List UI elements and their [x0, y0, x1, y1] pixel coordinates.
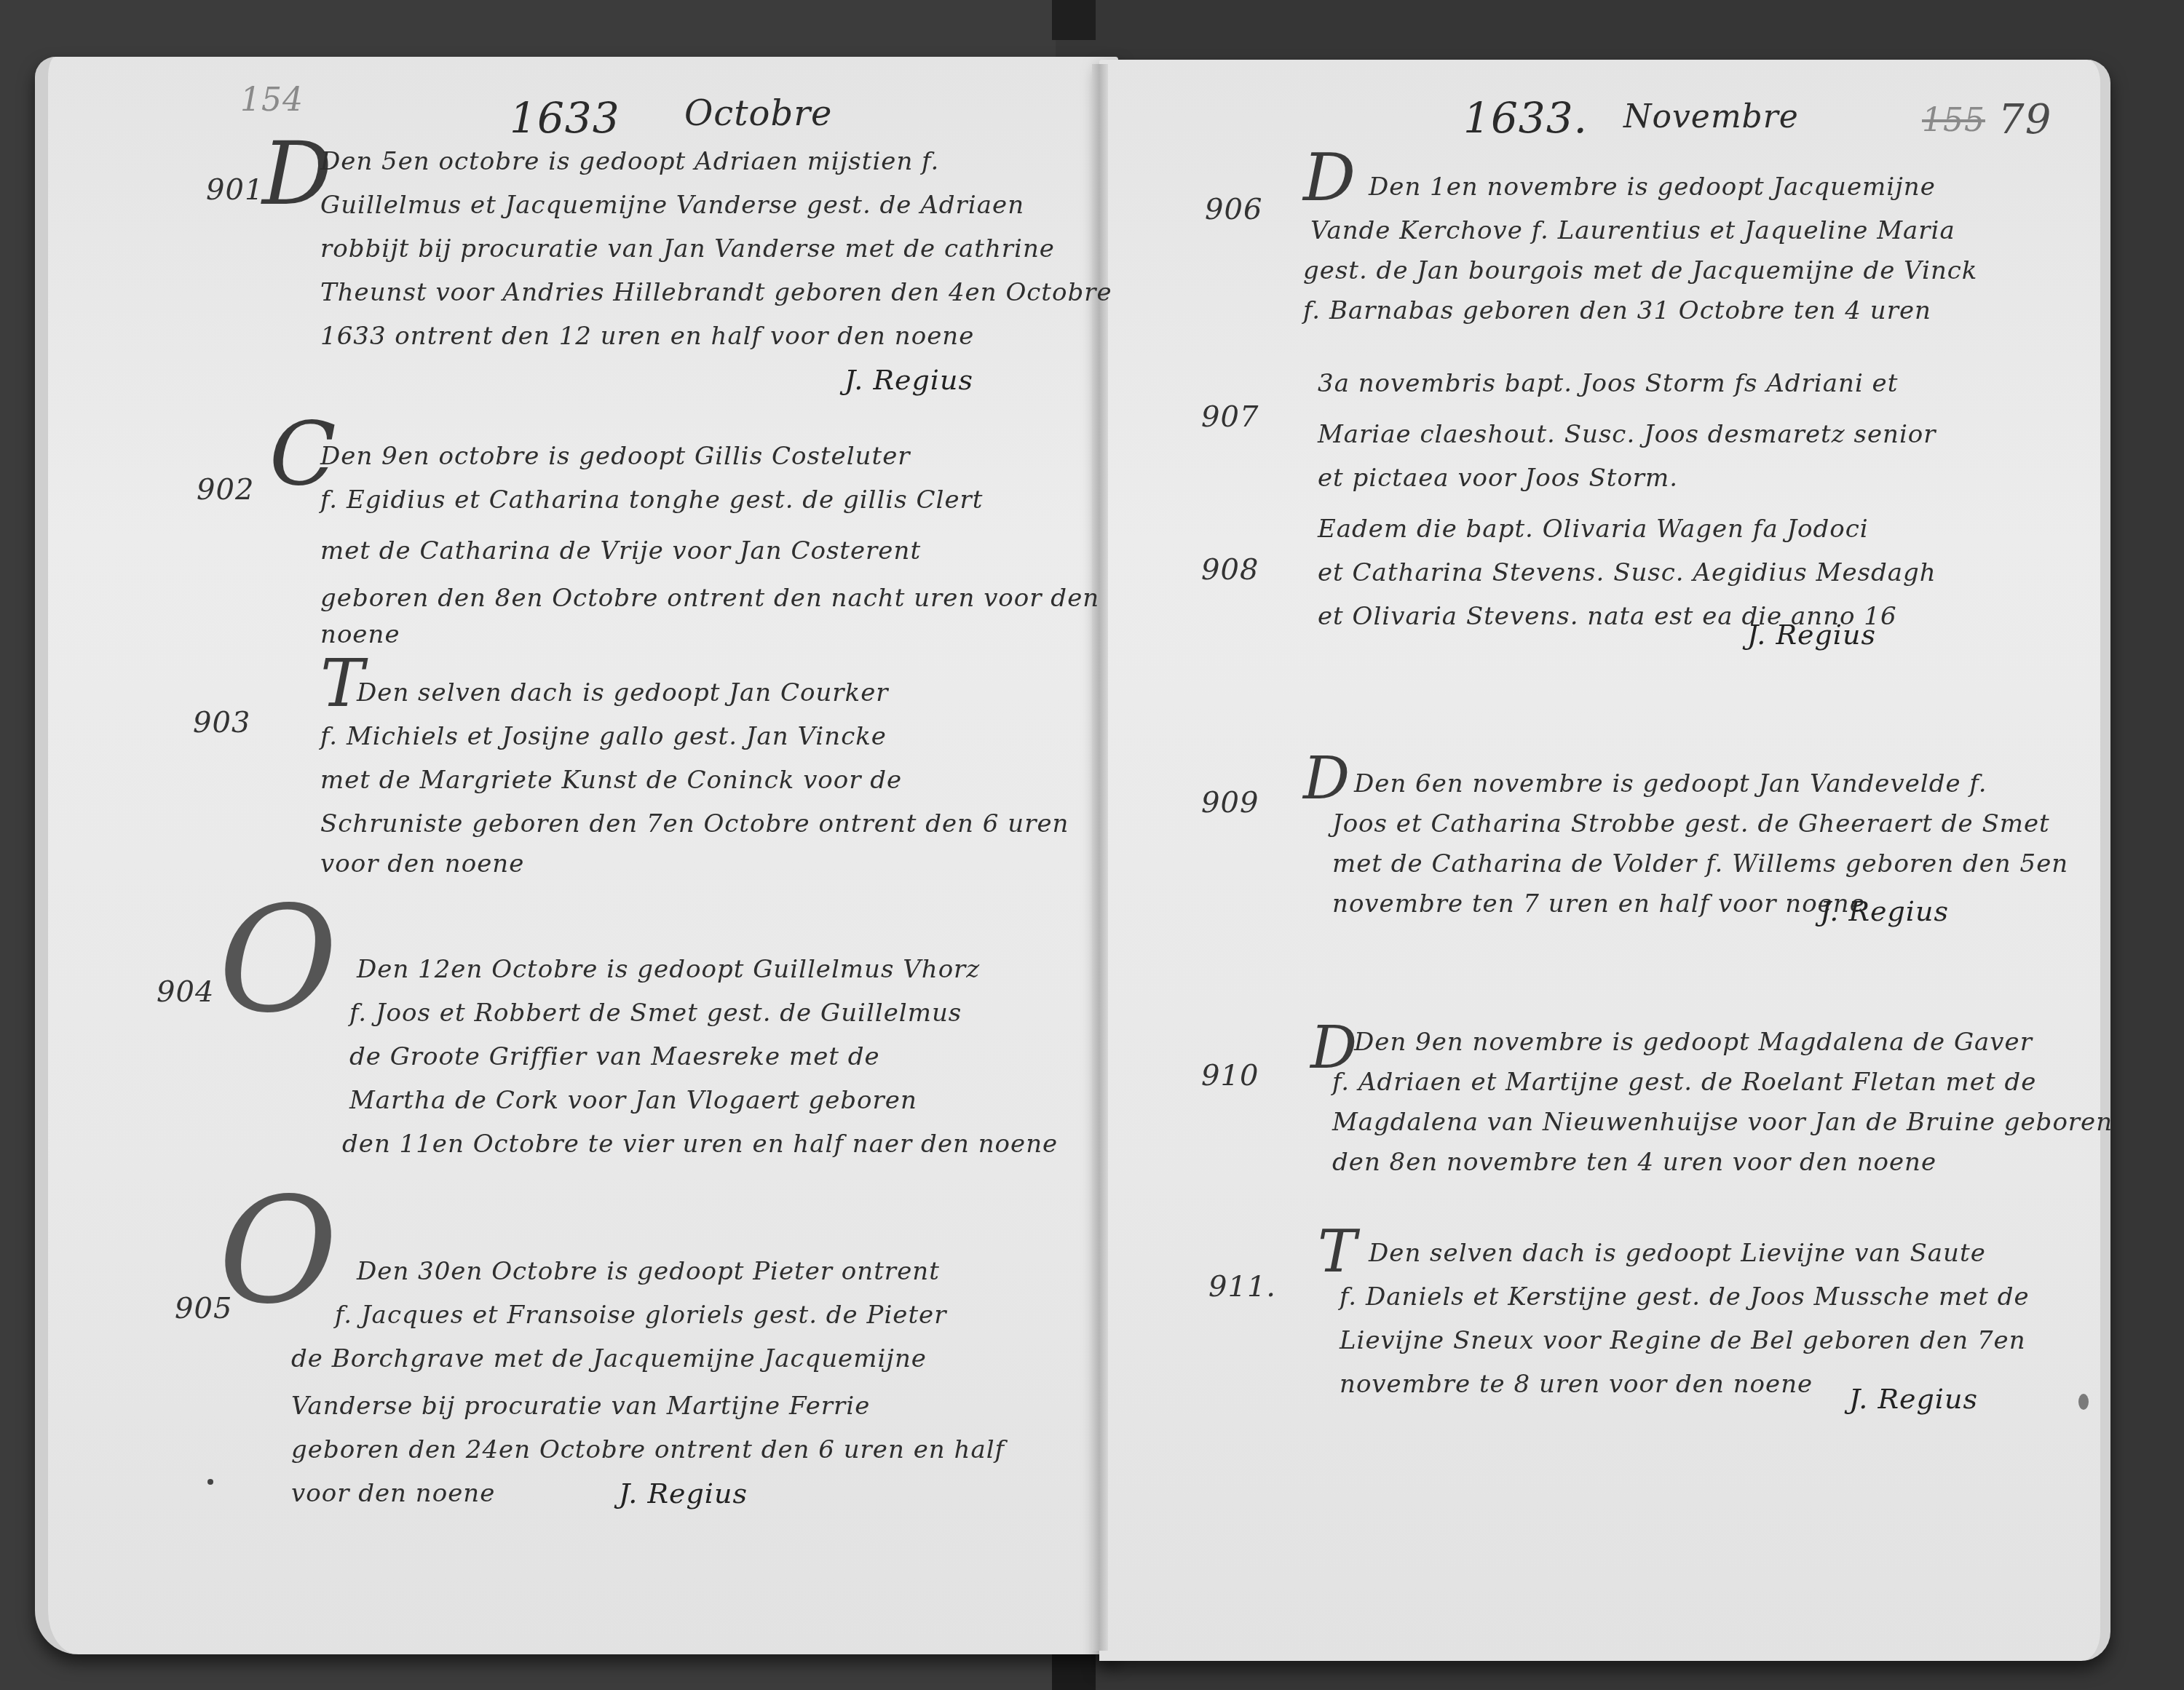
entry-901-line: Theunst voor Andries Hillebrandt geboren… [320, 280, 1112, 305]
entry-907-line: et pictaea voor Joos Storm. [1318, 466, 1678, 491]
decorative-initial: T [1318, 1223, 1356, 1281]
right-header-year: 1633. [1463, 93, 1588, 143]
entry-907-line: 3a novembris bapt. Joos Storm fs Adriani… [1318, 371, 1898, 396]
entry-904-line: f. Joos et Robbert de Smet gest. de Guil… [349, 1001, 962, 1025]
entry-904-line: Martha de Cork voor Jan Vlogaert geboren [349, 1088, 917, 1113]
entry-909-line: novembre ten 7 uren en half voor noene [1332, 892, 1865, 916]
entry-908-line: et Catharina Stevens. Susc. Aegidius Mes… [1318, 560, 1936, 585]
entry-number-903: 903 [193, 706, 250, 739]
entry-number-906: 906 [1205, 193, 1262, 226]
decorative-initial: O [218, 1179, 338, 1325]
right-folio-old: 155 [1922, 102, 1985, 139]
entry-903-line: f. Michiels et Josijne gallo gest. Jan V… [320, 724, 887, 749]
entry-911-line: novembre te 8 uren voor den noene [1340, 1372, 1813, 1397]
decorative-initial: D [1303, 146, 1356, 211]
entry-906-line: Den 1en novembre is gedoopt Jacquemijne [1369, 175, 1936, 199]
entry-905-line: geboren den 24en Octobre ontrent den 6 u… [291, 1437, 1005, 1462]
entry-901-signature: J. Regius [844, 364, 973, 396]
right-folio-number: 79 [1998, 96, 2052, 143]
entry-901-line: Guillelmus et Jacquemijne Vanderse gest.… [320, 193, 1024, 218]
entry-909-line: met de Catharina de Volder f. Willems ge… [1332, 852, 2068, 876]
entry-903-line: Schruniste geboren den 7en Octobre ontre… [320, 812, 1069, 836]
entry-911-signature: J. Regius [1849, 1383, 1978, 1415]
entry-910-line: f. Adriaen et Martijne gest. de Roelant … [1332, 1070, 2036, 1095]
entry-905-line: f. Jacques et Fransoise gloriels gest. d… [335, 1303, 946, 1328]
entry-909-signature: J. Regius [1820, 895, 1949, 927]
entry-906-line: gest. de Jan bourgois met de Jacquemijne… [1303, 258, 1977, 283]
entry-910-line: den 8en novembre ten 4 uren voor den noe… [1332, 1150, 1936, 1175]
entry-904-line: de Groote Griffier van Maesreke met de [349, 1044, 880, 1069]
entry-904-line: den 11en Octobre te vier uren en half na… [342, 1132, 1058, 1157]
entry-906-line: f. Barnabas geboren den 31 Octobre ten 4… [1303, 298, 1931, 323]
entry-903-line: met de Margriete Kunst de Coninck voor d… [320, 768, 902, 793]
entry-902-line: Den 9en octobre is gedoopt Gillis Costel… [320, 444, 911, 469]
entry-906-line: Vande Kerchove f. Laurentius et Jaquelin… [1310, 218, 1955, 243]
entry-number-911: 911. [1208, 1270, 1276, 1304]
ink-stain [2078, 1394, 2089, 1410]
left-header-year: 1633 [510, 93, 620, 143]
decorative-initial: D [1303, 750, 1350, 808]
entry-number-908: 908 [1201, 553, 1259, 587]
entry-number-909: 909 [1201, 786, 1259, 820]
entry-905-line: de Borchgrave met de Jacquemijne Jacquem… [291, 1346, 927, 1371]
entry-909-line: Joos et Catharina Strobbe gest. de Gheer… [1332, 812, 2050, 836]
entry-902-line: noene [320, 622, 400, 647]
entry-902-line: f. Egidius et Catharina tonghe gest. de … [320, 488, 983, 512]
entry-number-904: 904 [157, 975, 214, 1009]
binding-strip-bottom [1052, 1652, 1096, 1690]
entry-911-line: f. Daniels et Kerstijne gest. de Joos Mu… [1340, 1285, 2030, 1309]
entry-903-line: voor den noene [320, 852, 524, 876]
entry-905-signature: J. Regius [619, 1477, 748, 1510]
entry-number-910: 910 [1201, 1059, 1259, 1092]
decorative-initial: O [218, 888, 338, 1034]
entry-904-line: Den 12en Octobre is gedoopt Guillelmus V… [357, 957, 980, 982]
binding-strip-top [1052, 0, 1096, 40]
entry-907-line: Mariae claeshout. Susc. Joos desmaretz s… [1318, 422, 1936, 447]
entry-910-line: Den 9en novembre is gedoopt Magdalena de… [1354, 1030, 2033, 1055]
entry-number-902: 902 [197, 473, 254, 507]
entry-901-line: robbijt bij procuratie van Jan Vanderse … [320, 237, 1055, 261]
entry-902-line: met de Catharina de Vrije voor Jan Coste… [320, 539, 921, 563]
entry-905-line: Vanderse bij procuratie van Martijne Fer… [291, 1394, 870, 1419]
entry-903-line: Den selven dach is gedoopt Jan Courker [357, 681, 889, 705]
entry-number-901: 901 [206, 173, 264, 207]
ink-dot [207, 1479, 213, 1485]
entry-905-line: Den 30en Octobre is gedoopt Pieter ontre… [357, 1259, 940, 1284]
entry-911-line: Lievijne Sneux voor Regine de Bel gebore… [1340, 1328, 2026, 1353]
entry-901-line: Den 5en octobre is gedoopt Adriaen mijst… [320, 149, 939, 174]
left-header-month: Octobre [684, 93, 833, 134]
left-folio-number: 154 [240, 82, 304, 119]
entry-910-line: Magdalena van Nieuwenhuijse voor Jan de … [1332, 1110, 2113, 1135]
entry-number-905: 905 [175, 1292, 232, 1325]
entry-908-signature: J. Regius [1747, 619, 1876, 651]
entry-905-line: voor den noene [291, 1481, 495, 1506]
entry-901-line: 1633 ontrent den 12 uren en half voor de… [320, 324, 974, 349]
entry-911-line: Den selven dach is gedoopt Lievijne van … [1369, 1241, 1986, 1266]
entry-number-907: 907 [1201, 400, 1259, 434]
entry-908-line: Eadem die bapt. Olivaria Wagen fa Jodoci [1318, 517, 1869, 541]
right-header-month: Novembre [1623, 98, 1799, 135]
entry-902-line: geboren den 8en Octobre ontrent den nach… [320, 586, 1099, 611]
entry-909-line: Den 6en novembre is gedoopt Jan Vandevel… [1354, 771, 1987, 796]
